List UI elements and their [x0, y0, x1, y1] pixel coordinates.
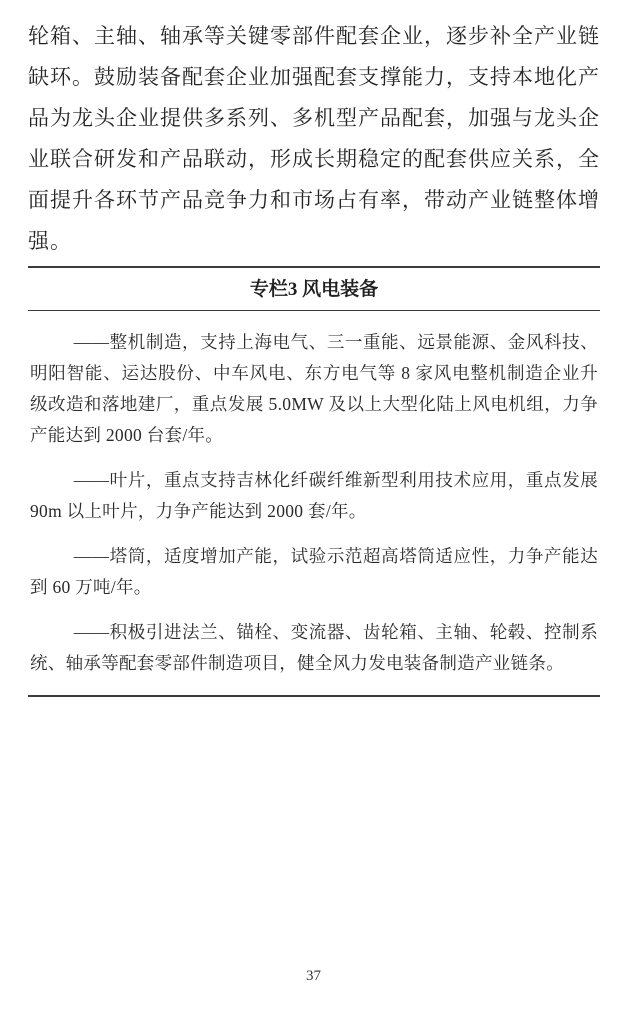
column-box-body: ——整机制造，支持上海电气、三一重能、远景能源、金风科技、明阳智能、运达股份、中…: [28, 311, 600, 695]
page-number: 37: [0, 968, 627, 985]
intro-paragraph: 轮箱、主轴、轴承等关键零部件配套企业，逐步补全产业链缺环。鼓励装备配套企业加强配…: [28, 16, 600, 262]
column-box-paragraph-whole-machine: ——整机制造，支持上海电气、三一重能、远景能源、金风科技、明阳智能、运达股份、中…: [30, 327, 598, 451]
column-box-paragraph-towers: ——塔筒，适度增加产能，试验示范超高塔筒适应性，力争产能达到 60 万吨/年。: [30, 541, 598, 603]
column-box-paragraph-blades: ——叶片，重点支持吉林化纤碳纤维新型利用技术应用，重点发展 90m 以上叶片，力…: [30, 465, 598, 527]
document-page: 轮箱、主轴、轴承等关键零部件配套企业，逐步补全产业链缺环。鼓励装备配套企业加强配…: [0, 0, 627, 1019]
column-box-paragraph-components: ——积极引进法兰、锚栓、变流器、齿轮箱、主轴、轮毂、控制系统、轴承等配套零部件制…: [30, 617, 598, 679]
column-box-title: 专栏3 风电装备: [28, 268, 600, 311]
column-box: 专栏3 风电装备 ——整机制造，支持上海电气、三一重能、远景能源、金风科技、明阳…: [28, 266, 600, 697]
